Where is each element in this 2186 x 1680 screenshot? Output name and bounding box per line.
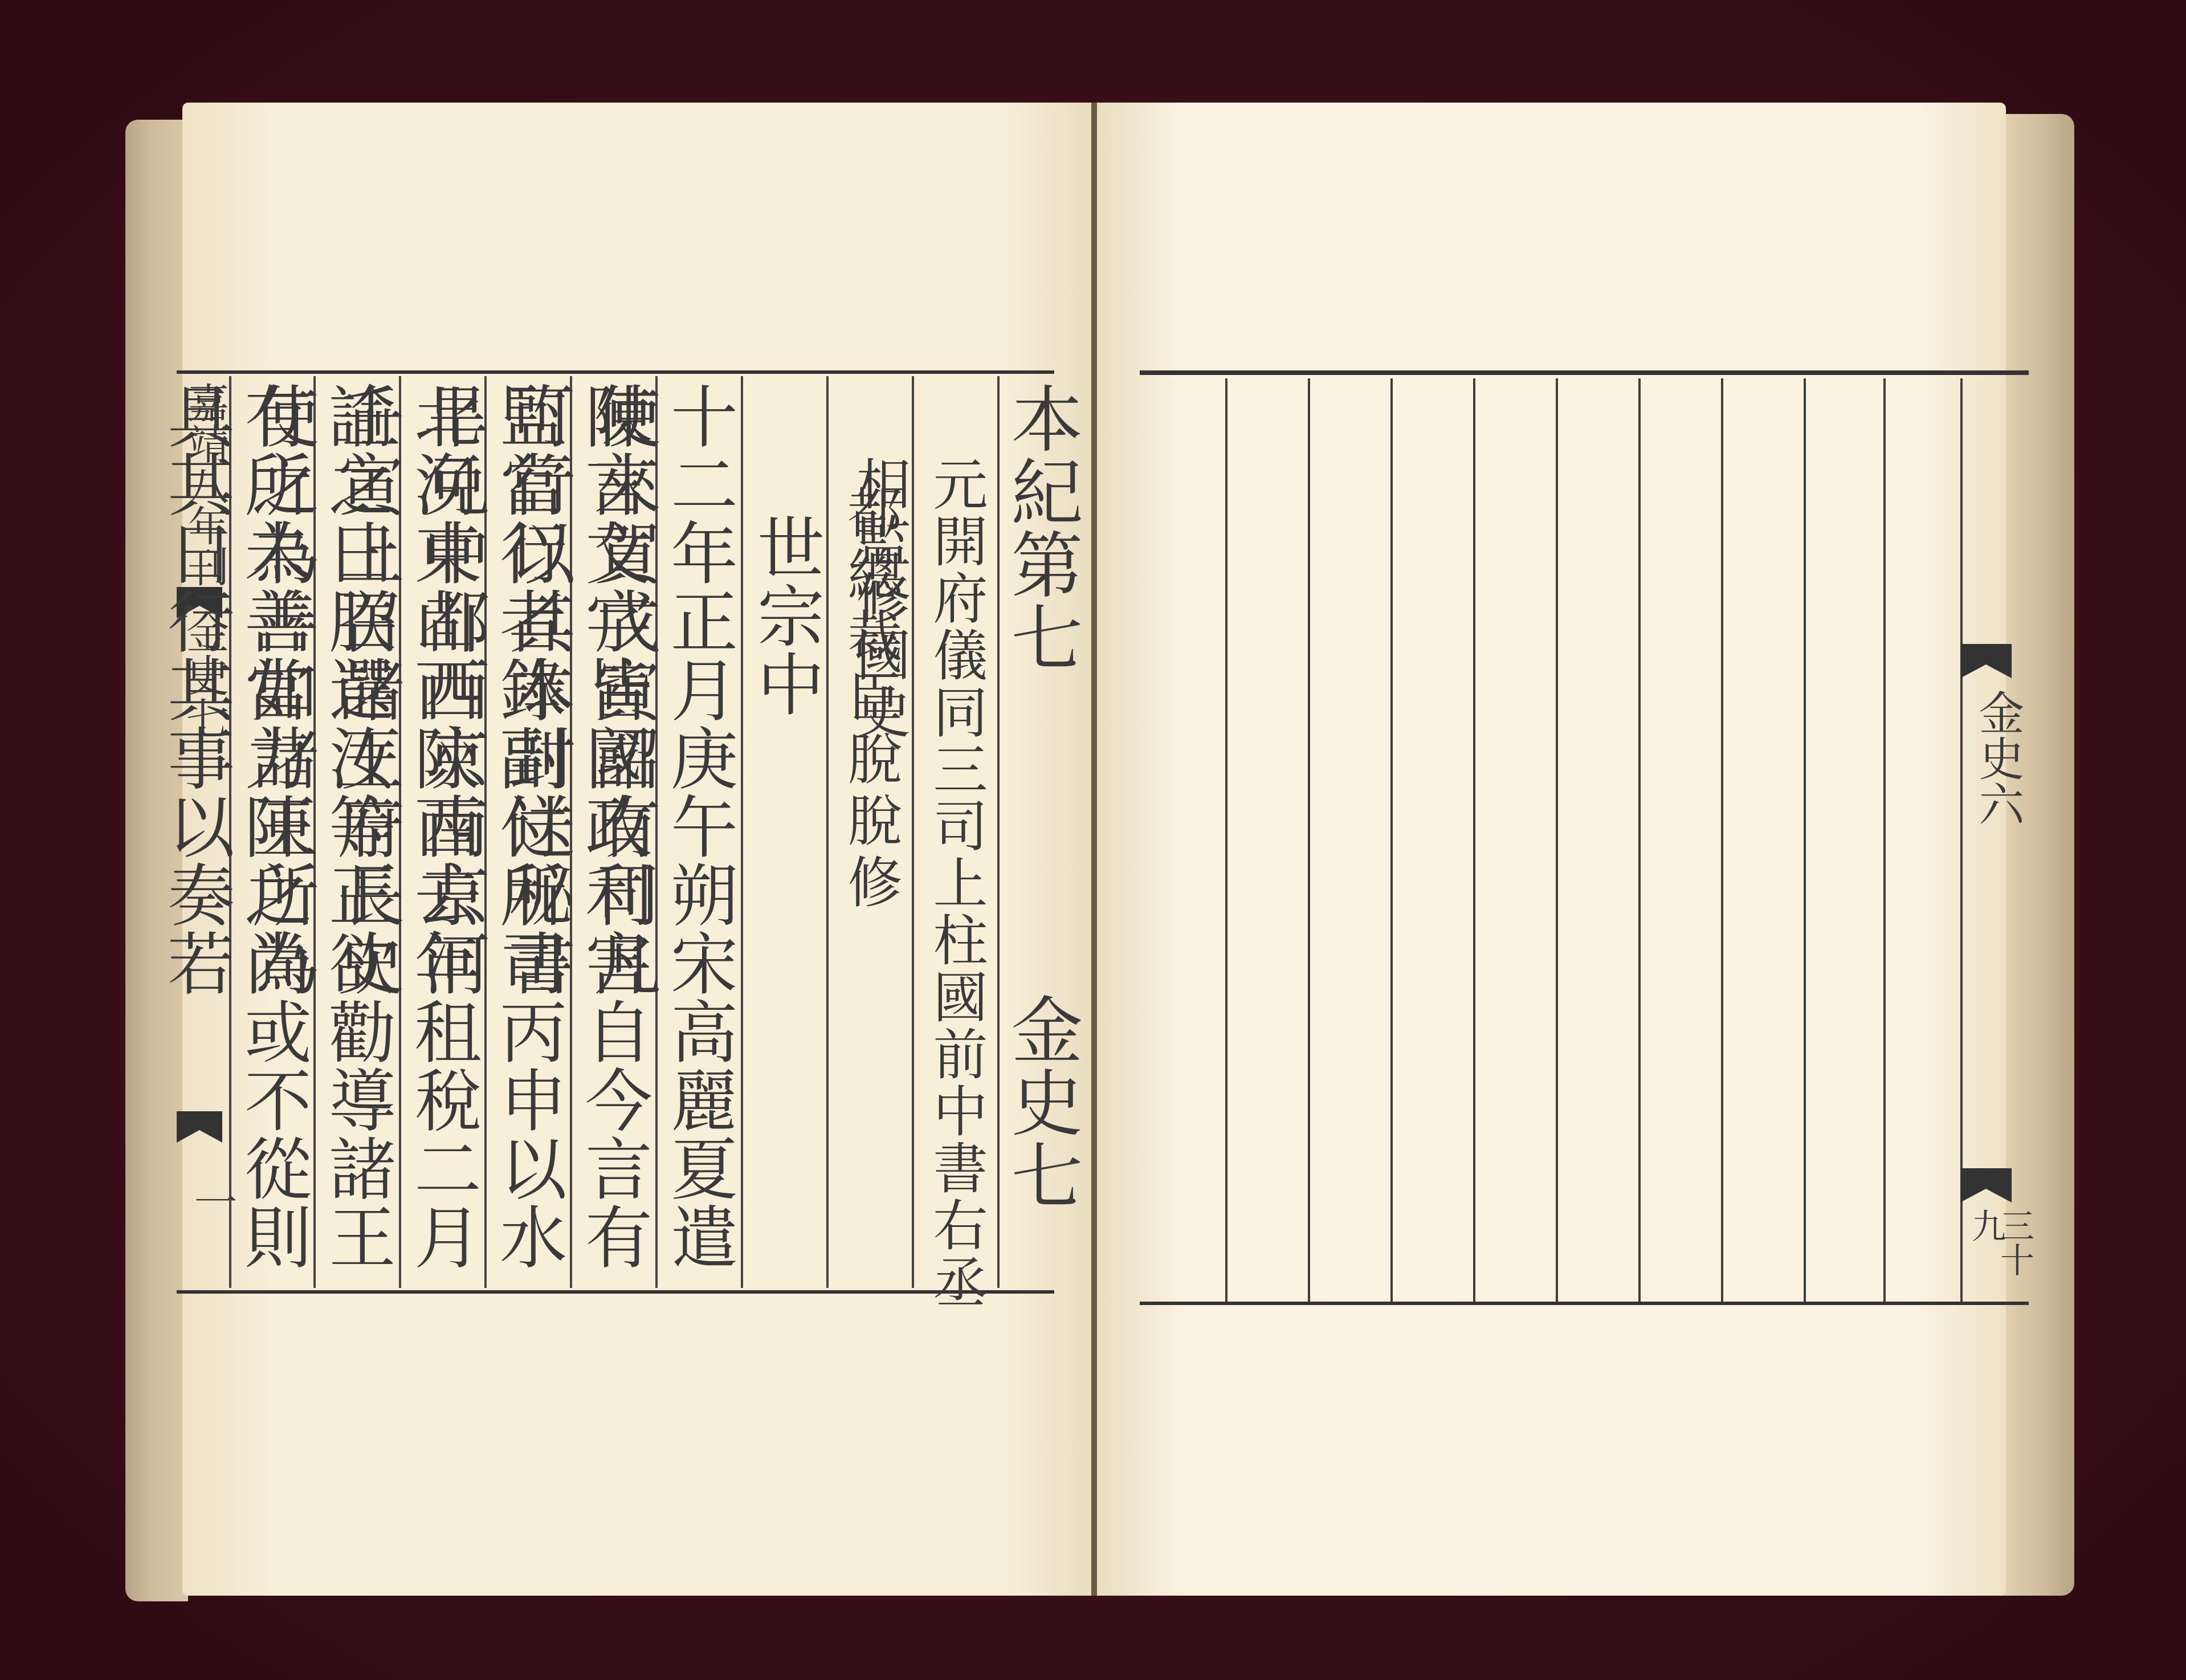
margin-page-number: 三十九 <box>1972 1208 2029 1305</box>
margin-book-title: 金史六 <box>1972 690 2023 826</box>
book-gutter <box>1091 103 1097 1596</box>
blank-column-rule <box>1556 378 1558 1302</box>
blank-column-rule <box>1473 378 1475 1302</box>
open-book: 嘉靖八年刊 金史七 一 有所未善當力陳之尚或不從則具其日行其事以奏若 諭之曰朕選… <box>125 80 2063 1607</box>
right-print-frame: 金史六 三十九 <box>1140 370 2029 1305</box>
chapter-title-column: 本紀第七金史七 <box>1003 382 1080 1282</box>
right-page-margin: 金史六 三十九 <box>1960 370 2029 1305</box>
blank-column-rule <box>1638 378 1641 1302</box>
chapter-title: 本紀第七 <box>1000 382 1083 674</box>
column-rule <box>826 376 829 1288</box>
frame-bottom-rule <box>1140 1302 2029 1305</box>
frame-top-rule <box>1140 370 2029 375</box>
column-rule <box>741 376 743 1288</box>
blank-column-rule <box>1390 378 1393 1302</box>
compiler-line-1: 元開府儀同三司上柱國前中書右丞相監修國史 <box>917 382 994 1356</box>
frame-top-rule <box>177 370 1054 374</box>
blank-column-rule <box>1308 378 1310 1302</box>
upper-fishtail-icon <box>1960 644 2012 678</box>
volume-title: 金史七 <box>1003 993 1080 1212</box>
blank-column-rule <box>1225 378 1227 1302</box>
lower-fishtail-icon <box>177 1111 222 1143</box>
blank-column-rule <box>1804 378 1806 1302</box>
left-print-frame: 嘉靖八年刊 金史七 一 有所未善當力陳之尚或不從則具其日行其事以奏若 諭之曰朕選… <box>177 370 1054 1294</box>
chapter-heading: 世宗中 <box>747 382 823 1413</box>
text-column-line-1: 十二年正月庚午朔宋高麗夏遣使來賀戊寅詔有司凡 <box>660 382 737 1282</box>
lower-fishtail-icon <box>1960 1168 2012 1202</box>
blank-column-rule <box>1721 378 1723 1302</box>
blank-column-rule <box>1883 378 1886 1302</box>
